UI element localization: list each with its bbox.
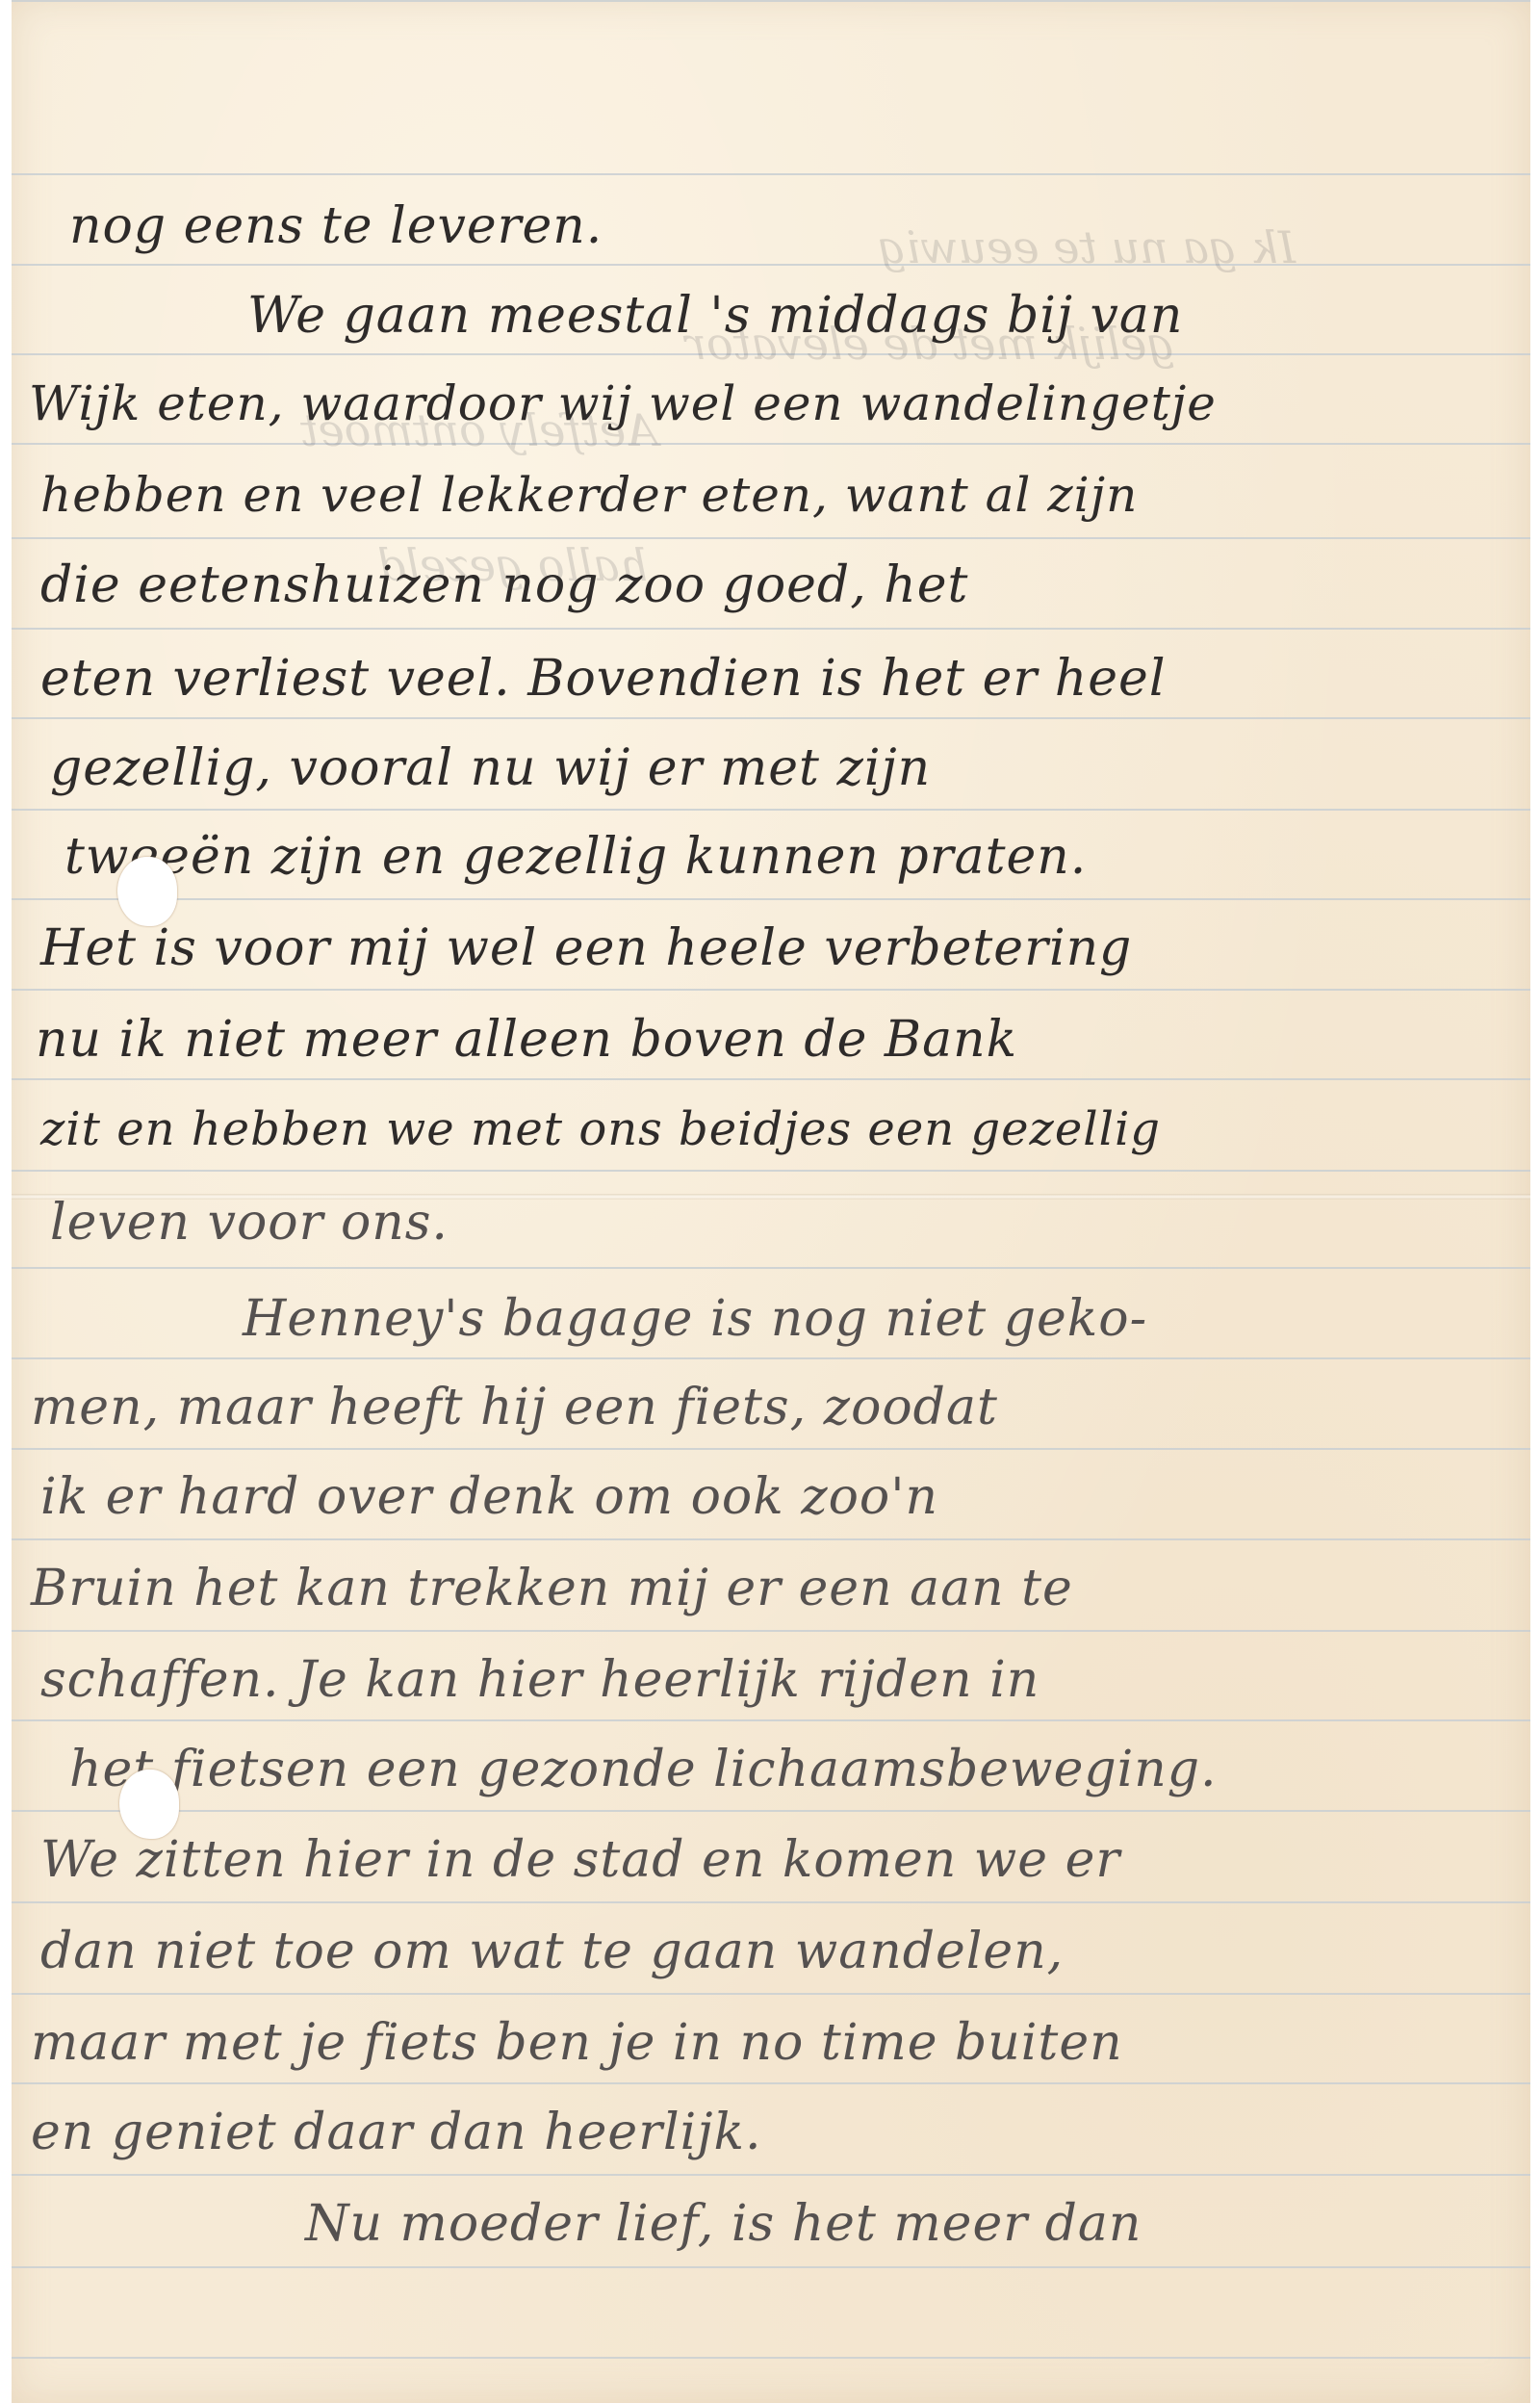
ruled-line xyxy=(12,173,1530,175)
ruled-line xyxy=(12,1719,1530,1721)
letter-line: zit en hebben we met ons beidjes een gez… xyxy=(40,1102,1161,1156)
letter-line: leven voor ons. xyxy=(50,1194,449,1252)
ruled-line xyxy=(12,2174,1530,2176)
letter-line: het fietsen een gezonde lichaamsbeweging… xyxy=(69,1741,1218,1798)
ruled-line xyxy=(12,1993,1530,1995)
ruled-line xyxy=(12,809,1530,811)
ruled-line xyxy=(12,1810,1530,1812)
punch-hole xyxy=(117,857,177,926)
letter-line: We zitten hier in de stad en komen we er xyxy=(40,1831,1120,1889)
ruled-line xyxy=(12,1448,1530,1450)
letter-line: nu ik niet meer alleen boven de Bank xyxy=(36,1011,1017,1069)
letter-line: gezellig, vooral nu wij er met zijn xyxy=(50,739,931,797)
ruled-line xyxy=(12,2266,1530,2268)
ruled-line xyxy=(12,1630,1530,1632)
letter-line: We gaan meestal 's middags bij van xyxy=(247,287,1183,345)
letter-line: maar met je fiets ben je in no time buit… xyxy=(31,2014,1123,2072)
letter-line: tweeën zijn en gezellig kunnen praten. xyxy=(64,828,1087,886)
ruled-line xyxy=(12,2082,1530,2084)
ruled-line xyxy=(12,1267,1530,1269)
letter-line: men, maar heeft hij een fiets, zoodat xyxy=(31,1379,998,1436)
letter-page: Ik ga nu te eeuwig gelijk met de elevato… xyxy=(12,0,1530,2403)
letter-line: Het is voor mij wel een heele verbeterin… xyxy=(40,919,1132,977)
letter-line: schaffen. Je kan hier heerlijk rijden in xyxy=(40,1651,1039,1709)
ruled-line xyxy=(12,0,1530,2)
ruled-line xyxy=(12,628,1530,630)
letter-line: dan niet toe om wat te gaan wandelen, xyxy=(40,1923,1064,1980)
letter-line: die eetenshuizen nog zoo goed, het xyxy=(40,556,968,614)
ruled-line xyxy=(12,1538,1530,1540)
letter-line: ik er hard over denk om ook zoo'n xyxy=(40,1468,938,1526)
letter-line: hebben en veel lekkerder eten, want al z… xyxy=(40,467,1138,523)
letter-line: Henney's bagage is nog niet geko- xyxy=(243,1290,1147,1348)
letter-line: en geniet daar dan heerlijk. xyxy=(31,2104,761,2161)
ruled-line xyxy=(12,2357,1530,2359)
letter-line: nog eens te leveren. xyxy=(69,197,603,255)
punch-hole xyxy=(119,1770,179,1839)
ruled-line xyxy=(12,264,1530,266)
ruled-line xyxy=(12,717,1530,719)
ruled-line xyxy=(12,443,1530,445)
ruled-line xyxy=(12,537,1530,539)
ruled-line xyxy=(12,1170,1530,1172)
ruled-line xyxy=(12,1078,1530,1080)
letter-line: Wijk eten, waardoor wij wel een wandelin… xyxy=(29,375,1217,431)
letter-line: Bruin het kan trekken mij er een aan te xyxy=(31,1560,1073,1617)
ruled-line xyxy=(12,1357,1530,1359)
ruled-line xyxy=(12,898,1530,900)
bleed-through-text: Ik ga nu te eeuwig xyxy=(878,221,1296,273)
letter-line: eten verliest veel. Bovendien is het er … xyxy=(40,650,1166,708)
ruled-line xyxy=(12,1901,1530,1903)
ruled-line xyxy=(12,989,1530,991)
letter-line: Nu moeder lief, is het meer dan xyxy=(305,2195,1142,2253)
